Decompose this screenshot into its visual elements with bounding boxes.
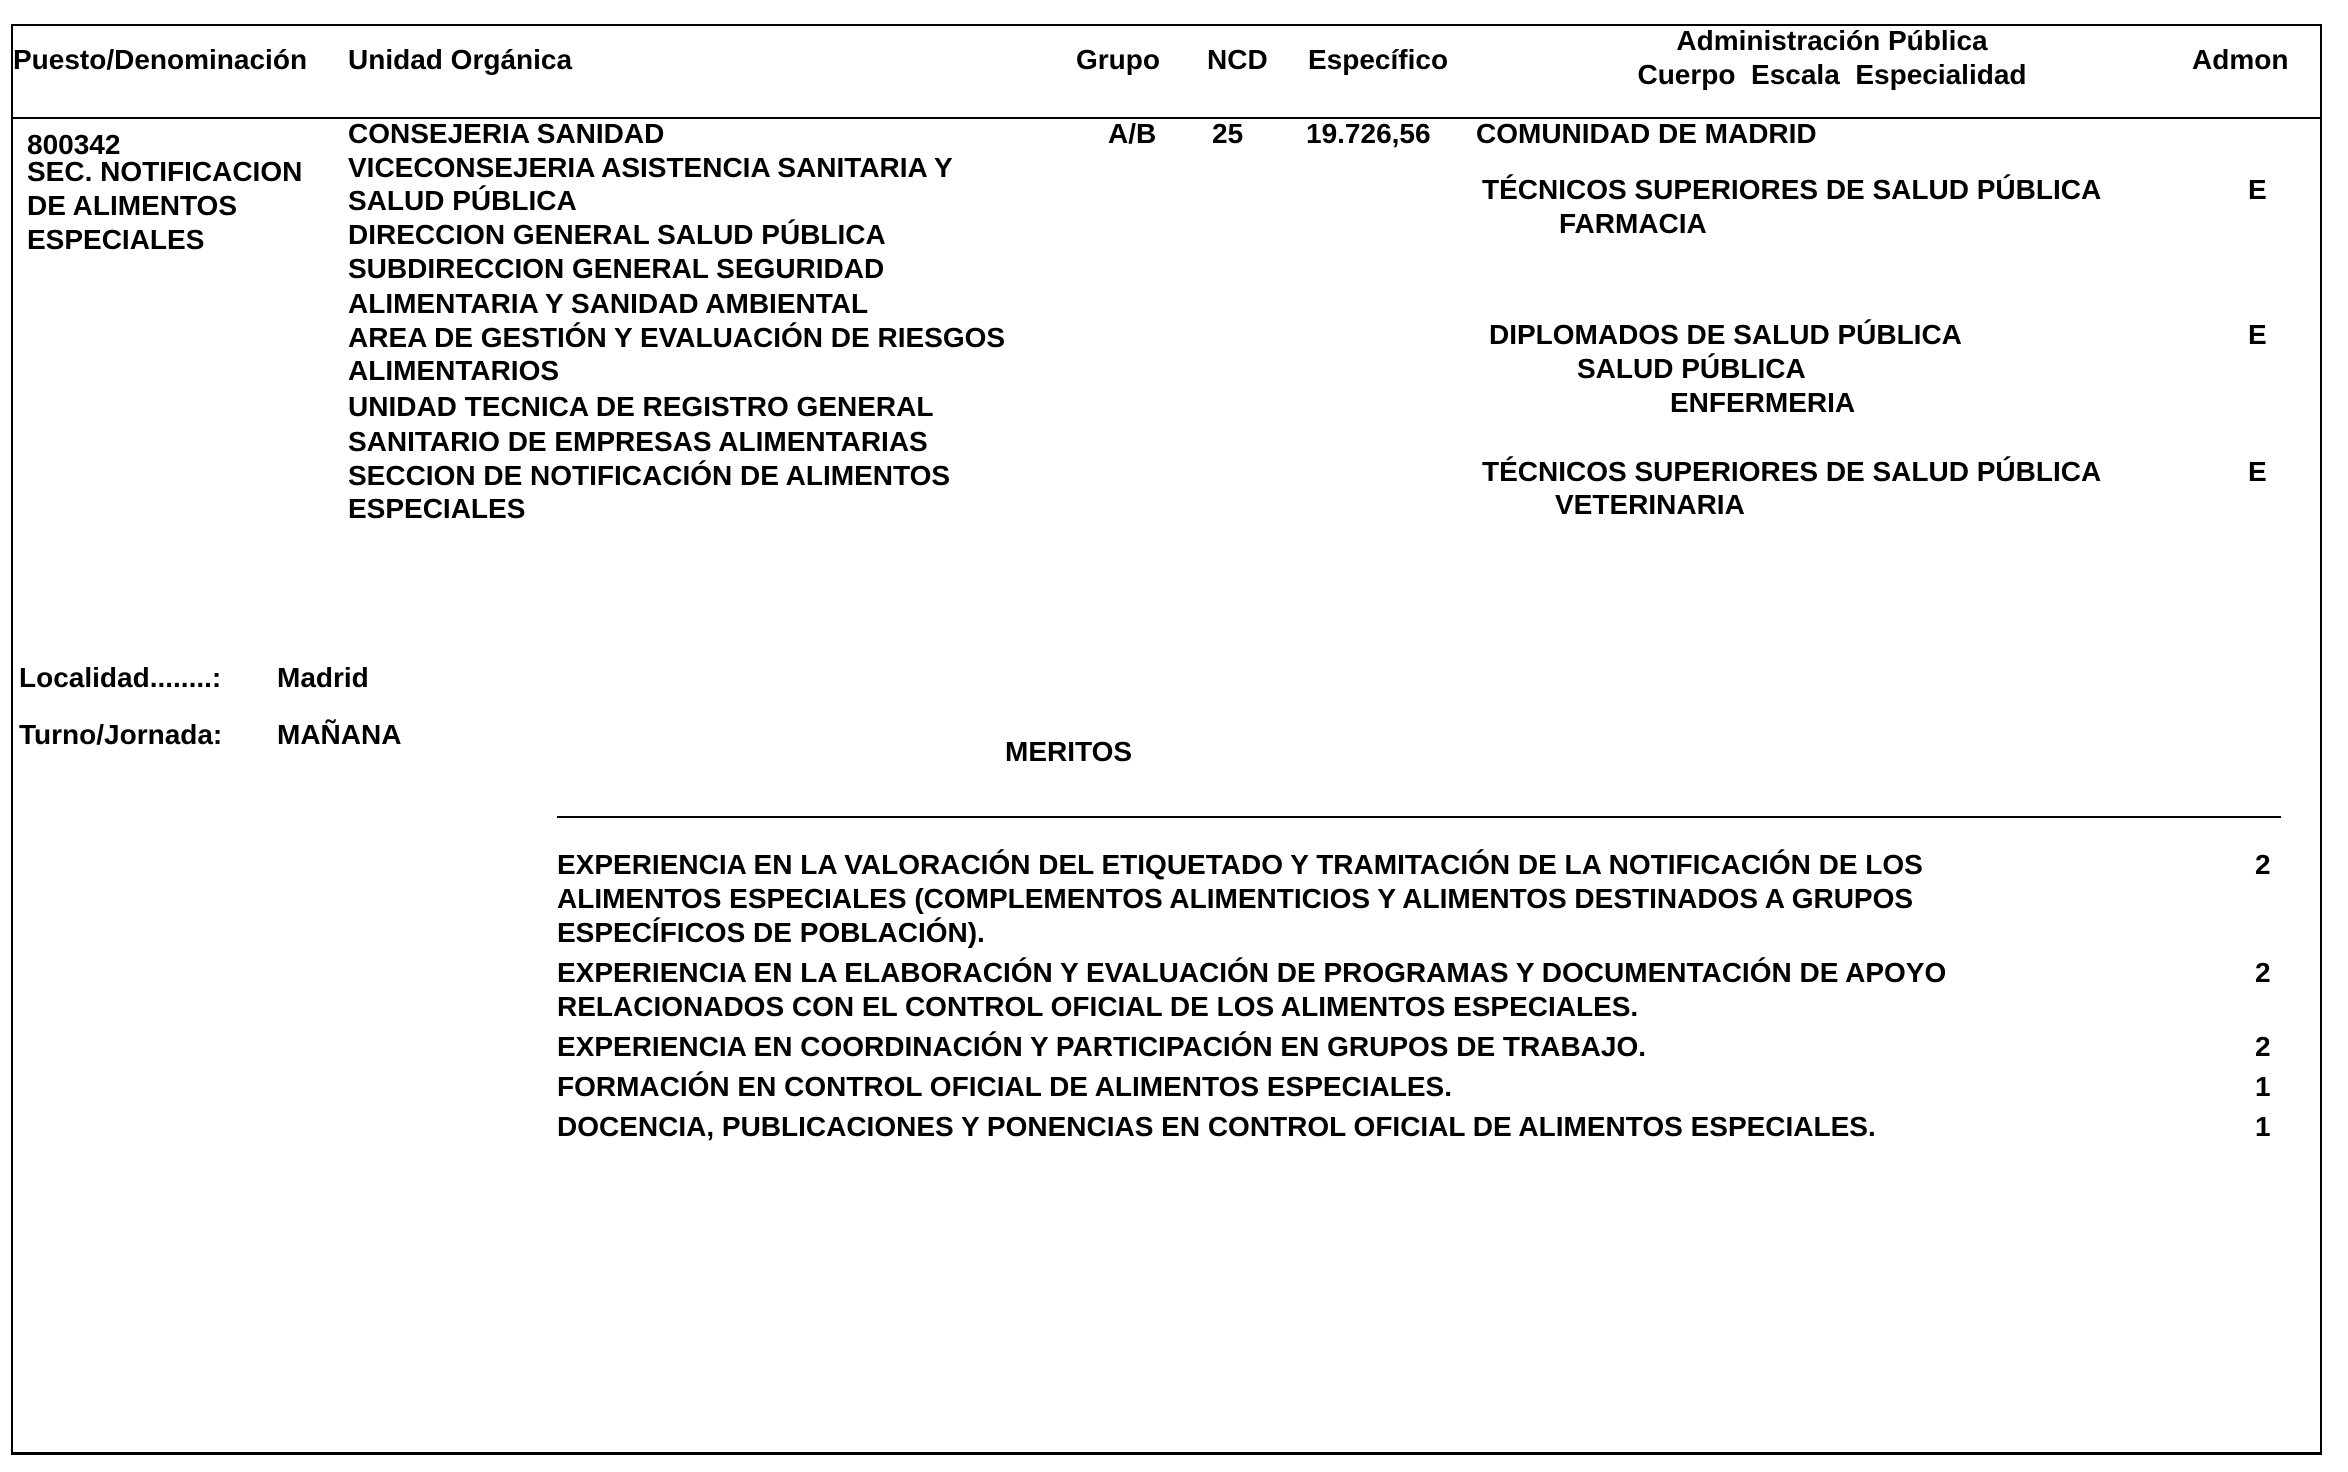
- meritos-title: MERITOS: [1005, 735, 1132, 769]
- especialidad-2: ENFERMERIA: [1670, 386, 1855, 420]
- merito-text-line: FORMACIÓN EN CONTROL OFICIAL DE ALIMENTO…: [557, 1070, 1452, 1104]
- merito-score: 2: [2255, 1030, 2271, 1064]
- unidad-organica-line: UNIDAD TECNICA DE REGISTRO GENERAL: [348, 390, 933, 424]
- header-grupo: Grupo: [1076, 43, 1160, 77]
- puesto-denominacion-line: SEC. NOTIFICACION: [27, 155, 302, 189]
- merito-text-line: DOCENCIA, PUBLICACIONES Y PONENCIAS EN C…: [557, 1110, 1876, 1144]
- merito-text-line: RELACIONADOS CON EL CONTROL OFICIAL DE L…: [557, 990, 1638, 1024]
- header-ncd: NCD: [1207, 43, 1268, 77]
- header-unidad: Unidad Orgánica: [348, 43, 572, 77]
- header-especifico: Específico: [1308, 43, 1448, 77]
- header-cuerpo-escala: Cuerpo Escala Especialidad: [1637, 58, 2026, 92]
- administracion-value: COMUNIDAD DE MADRID: [1476, 117, 1817, 151]
- unidad-organica-line: ALIMENTARIOS: [348, 354, 559, 388]
- cuerpo-3: TÉCNICOS SUPERIORES DE SALUD PÚBLICA: [1482, 455, 2101, 489]
- admon-1: E: [2248, 173, 2267, 207]
- unidad-organica-line: ESPECIALES: [348, 492, 525, 526]
- header-puesto: Puesto/Denominación: [13, 43, 307, 77]
- escala-1: FARMACIA: [1559, 207, 1707, 241]
- unidad-organica-line: DIRECCION GENERAL SALUD PÚBLICA: [348, 218, 886, 252]
- turno-value: MAÑANA: [277, 718, 401, 752]
- merito-score: 2: [2255, 956, 2271, 990]
- unidad-organica-line: SECCION DE NOTIFICACIÓN DE ALIMENTOS: [348, 459, 950, 493]
- merito-score: 1: [2255, 1070, 2271, 1104]
- meritos-divider: [557, 816, 2281, 818]
- especifico-value: 19.726,56: [1306, 117, 1431, 151]
- ncd-value: 25: [1212, 117, 1243, 151]
- merito-text-line: EXPERIENCIA EN LA ELABORACIÓN Y EVALUACI…: [557, 956, 1946, 990]
- unidad-organica-line: AREA DE GESTIÓN Y EVALUACIÓN DE RIESGOS: [348, 321, 1005, 355]
- merito-score: 1: [2255, 1110, 2271, 1144]
- cuerpo-1: TÉCNICOS SUPERIORES DE SALUD PÚBLICA: [1482, 173, 2101, 207]
- merito-text-line: ESPECÍFICOS DE POBLACIÓN).: [557, 916, 985, 950]
- header-admin-publica: Administración Pública: [1676, 24, 1987, 58]
- unidad-organica-line: VICECONSEJERIA ASISTENCIA SANITARIA Y: [348, 151, 953, 185]
- merito-score: 2: [2255, 848, 2271, 882]
- admon-2: E: [2248, 318, 2267, 352]
- localidad-label: Localidad........:: [19, 661, 221, 695]
- admon-3: E: [2248, 455, 2267, 489]
- merito-text-line: EXPERIENCIA EN COORDINACIÓN Y PARTICIPAC…: [557, 1030, 1646, 1064]
- grupo-value: A/B: [1108, 117, 1156, 151]
- puesto-denominacion-line: ESPECIALES: [27, 223, 204, 257]
- localidad-value: Madrid: [277, 661, 369, 695]
- cuerpo-2: DIPLOMADOS DE SALUD PÚBLICA: [1489, 318, 1962, 352]
- merito-text-line: ALIMENTOS ESPECIALES (COMPLEMENTOS ALIME…: [557, 882, 1913, 916]
- turno-label: Turno/Jornada:: [19, 718, 222, 752]
- puesto-denominacion-line: DE ALIMENTOS: [27, 189, 237, 223]
- header-admon: Admon: [2192, 43, 2288, 77]
- escala-3: VETERINARIA: [1555, 488, 1745, 522]
- unidad-organica-line: SUBDIRECCION GENERAL SEGURIDAD: [348, 252, 884, 286]
- merito-text-line: EXPERIENCIA EN LA VALORACIÓN DEL ETIQUET…: [557, 848, 1923, 882]
- unidad-organica-line: ALIMENTARIA Y SANIDAD AMBIENTAL: [348, 287, 868, 321]
- escala-2: SALUD PÚBLICA: [1577, 352, 1806, 386]
- unidad-organica-line: SANITARIO DE EMPRESAS ALIMENTARIAS: [348, 425, 928, 459]
- unidad-organica-line: SALUD PÚBLICA: [348, 184, 577, 218]
- unidad-organica-line: CONSEJERIA SANIDAD: [348, 117, 664, 151]
